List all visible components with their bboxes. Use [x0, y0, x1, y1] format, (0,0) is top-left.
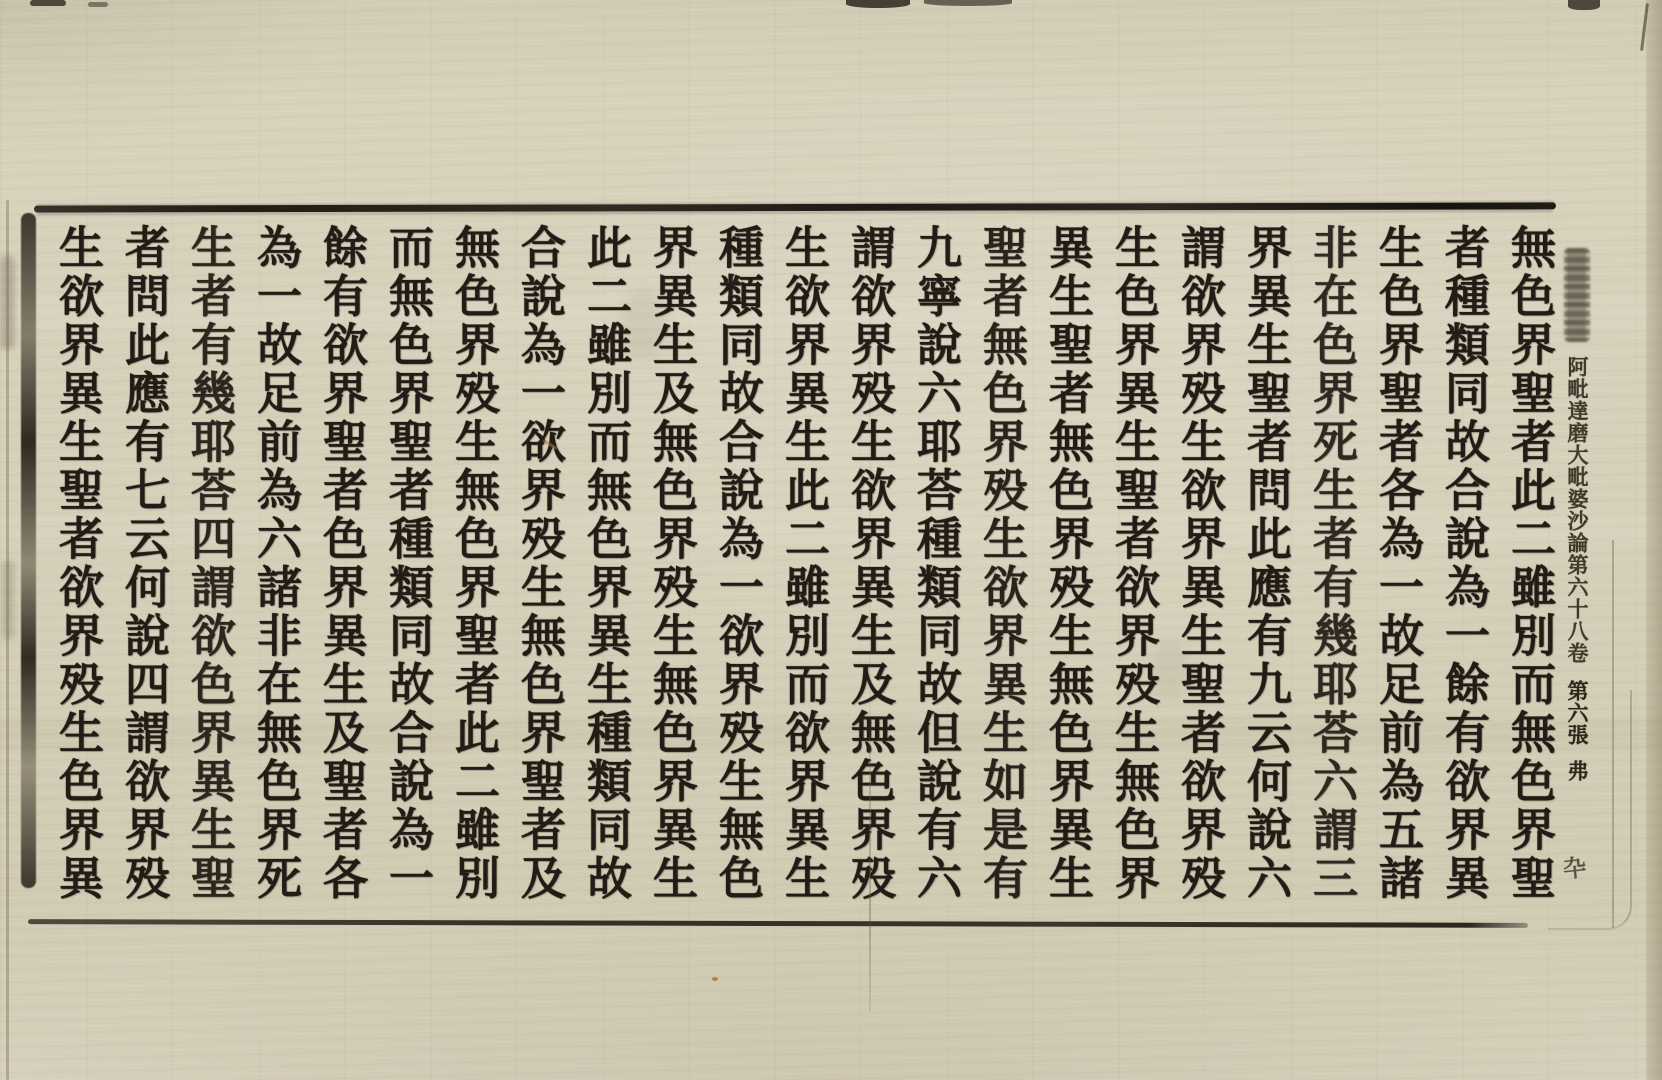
text-column-17: 無色界殁生無色界聖者此二雖別 [440, 224, 506, 929]
ink-smudge [1564, 248, 1590, 342]
center-fold-crease [869, 220, 871, 1012]
volume-title: 阿毗達磨大毗婆沙論第六十八卷 [1564, 356, 1590, 664]
manuscript-page: 無色界聖者此二雖別而無色界聖 者種類同故合說為一餘有欲界異 生色界聖者各為一故足… [0, 0, 1662, 1080]
text-column-8: 異生聖者無色界殁生無色界異生 [1034, 224, 1100, 929]
running-title-column: 阿毗達磨大毗婆沙論第六十八卷 第六張 弗 [1562, 248, 1592, 782]
text-column-20: 為一故足前為六諸非在無色界死 [242, 224, 308, 929]
text-column-18: 而無色界聖者種類同故合說為一 [374, 224, 440, 929]
ink-bleed-spot [1150, 640, 1190, 700]
text-column-5: 界異生聖者問此應有九云何說六 [1232, 224, 1298, 929]
top-edge-ink-mark [1568, 0, 1600, 10]
handwritten-margin-mark: 卆 [1561, 849, 1587, 884]
text-column-16: 合說為一欲界殁生無色界聖者及 [506, 224, 572, 929]
text-column-13: 種類同故合說為一欲界殁生無色 [704, 224, 770, 929]
text-column-12: 生欲界異生此二雖別而欲界異生 [770, 224, 836, 929]
text-column-19: 餘有欲界聖者色界異生及聖者各 [308, 224, 374, 929]
text-column-4: 非在色界死生者有幾耶荅六謂三 [1298, 224, 1364, 929]
margin-blotch [0, 255, 15, 350]
top-edge-ink-mark [924, 0, 1012, 6]
text-column-1: 無色界聖者此二雖別而無色界聖 [1496, 224, 1562, 929]
top-edge-ink-mark [30, 0, 66, 6]
text-column-6: 謂欲界殁生欲界異生聖者欲界殁 [1166, 224, 1232, 929]
top-edge-ink-mark [88, 2, 108, 7]
text-column-7: 生色界異生聖者欲界殁生無色界 [1100, 224, 1166, 929]
frame-left-border [21, 213, 36, 888]
paper-speck [712, 977, 718, 981]
text-column-22: 者問此應有七云何說四謂欲界殁 [110, 224, 176, 929]
text-column-21: 生者有幾耶荅四謂欲色界異生聖 [176, 224, 242, 929]
sutra-text-block: 無色界聖者此二雖別而無色界聖 者種類同故合說為一餘有欲界異 生色界聖者各為一故足… [44, 224, 1562, 929]
ink-bleed-spot [620, 290, 666, 360]
margin-blotch [2, 560, 14, 640]
text-column-2: 者種類同故合說為一餘有欲界異 [1430, 224, 1496, 929]
fascicle-marker: 弗 [1564, 760, 1590, 782]
text-column-9: 聖者無色界殁生欲界異生如是有 [968, 224, 1034, 929]
top-edge-ink-mark [846, 0, 910, 8]
sheet-number: 第六張 [1564, 680, 1590, 746]
text-column-23: 生欲界異生聖者欲界殁生色界異 [44, 224, 110, 929]
text-column-10: 九寧說六耶荅種類同故但說有六 [902, 224, 968, 929]
page-edge-right [1646, 0, 1662, 1080]
text-column-3: 生色界聖者各為一故足前為五諸 [1364, 224, 1430, 929]
